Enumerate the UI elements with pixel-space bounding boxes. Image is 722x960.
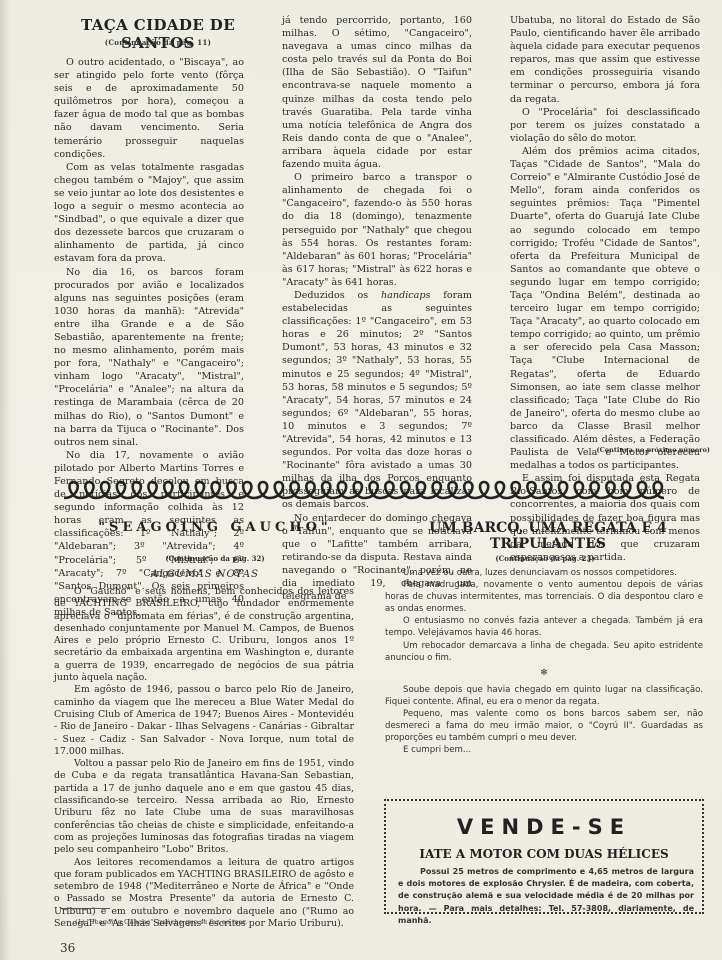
asterism-separator: ✻ [385,667,703,679]
footnote: (1) "Seagoing Gaucho", gaúcho que se faz… [75,918,247,926]
ad-body: Possui 25 metros de comprimento e 4,65 m… [398,866,694,927]
page-number: 36 [60,941,75,955]
barco-article-body: Uma vez ou outra, luzes denunciavam os n… [385,567,703,756]
paragraph: Com as velas totalmente rasgadas chegou … [54,161,244,266]
classified-ad-box: VENDE-SE IATE A MOTOR COM DUAS HÉLICES P… [384,799,704,914]
paragraph: Além dos prêmios acima citados, Taças "C… [510,145,700,472]
paragraph: O "Procelária" foi desclassificado por t… [510,106,700,145]
paragraph: No dia 16, os barcos foram procurados po… [54,266,244,449]
paragraph: E cumpri bem... [385,744,703,756]
paragraph: O entusiasmo no convés fazia antever a c… [385,615,703,639]
paragraph: Um rebocador demarcava a linha de chegad… [385,640,703,664]
ad-subheadline: IATE A MOTOR COM DUAS HÉLICES [386,847,702,861]
paragraph: Soube depois que havia chegado em quinto… [385,684,703,708]
binding-shadow [0,0,10,960]
paragraph: Pequeno, mas valente como os bons barcos… [385,708,703,744]
paragraph: Pela madrugada, novamente o vento aument… [385,579,703,615]
paragraph: já tendo percorrido, portanto, 160 milha… [282,14,472,171]
paragraph: O "Gaucho" e seus homens, bem conhecidos… [54,586,354,684]
ad-text: Possui 25 metros de comprimento e 4,65 m… [398,866,694,927]
paragraph: Ubatuba, no litoral do Estado de São Pau… [510,14,700,106]
taca-continuation-note: (Continuação da pág. 11) [58,38,258,47]
gaucho-article-title: "SEAGOING GAUCHO" [70,520,360,535]
paragraph: Em agôsto de 1946, passou o barco pelo R… [54,684,354,758]
taca-column-2: já tendo percorrido, portanto, 160 milha… [282,14,472,603]
gaucho-continuation-note: (Continuação da pág. 32) [80,554,350,563]
barco-article-title: UM BARCO, UMA REGATA E 4 TRIPULANTES [383,520,713,552]
paragraph: O outro acidentado, o "Biscaya", ao ser … [54,56,244,161]
gaucho-article-body: O "Gaucho" e seus homens, bem conhecidos… [54,586,354,930]
decorative-squiggle-divider [62,478,666,506]
paragraph: Uma vez ou outra, luzes denunciavam os n… [385,567,703,579]
barco-continuation-note: (Continuação da pág. 23) [410,554,680,563]
footnote-rule [60,908,110,909]
ad-headline: VENDE-SE [386,815,702,839]
paragraph: O primeiro barco a transpor o alinhament… [282,171,472,289]
paragraph: Voltou a passar pelo Rio de Janeiro em f… [54,758,354,856]
gaucho-subheading: ALGUMAS NOTAS [60,569,350,580]
continues-next-issue-note: (Continua no próximo número) [560,446,710,454]
magazine-page: TAÇA CIDADE DE SANTOS (Continuação da pá… [0,0,722,960]
